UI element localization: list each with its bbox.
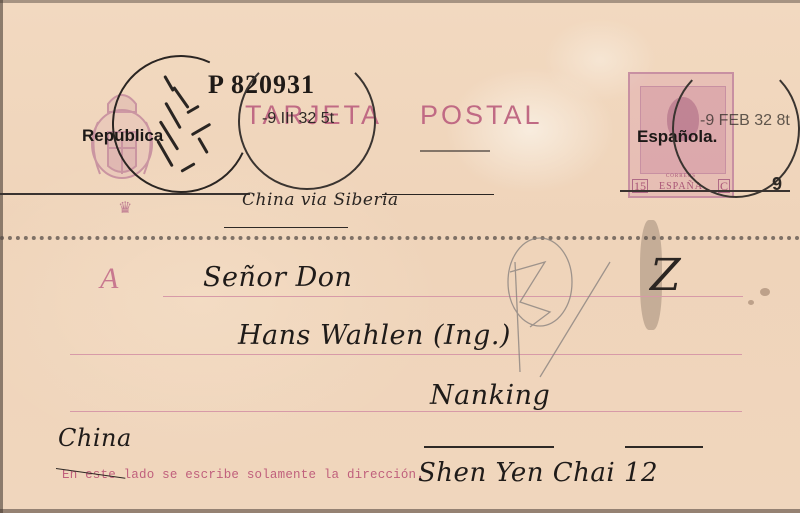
title-word-postal: POSTAL (420, 100, 543, 130)
printed-instruction: En este lado se escribe solamente la dir… (62, 468, 424, 482)
address-prefix: A (100, 262, 119, 296)
recipient-country: China (58, 424, 132, 452)
address-line-3 (70, 411, 742, 412)
ink-line (424, 446, 554, 448)
underline (224, 227, 348, 228)
ink-mark: Z (650, 250, 681, 301)
cancel-line (620, 190, 790, 192)
cancel-line (0, 193, 250, 195)
card-edge-top (0, 0, 800, 3)
overprint-republica: República (82, 126, 163, 146)
routing-note: China via Siberia (242, 190, 399, 210)
stain (760, 288, 770, 296)
postmark-center-date: -9 III 32 5t (262, 110, 334, 128)
recipient-salutation: Señor Don (203, 262, 352, 293)
routing-strike (382, 194, 494, 195)
recipient-name: Hans Wahlen (Ing.) (238, 320, 511, 351)
cancel-line (420, 150, 490, 152)
ink-line (625, 446, 703, 448)
postal-card: ♛ P 820931 TARJETAPOSTAL -9 III 32 5t Re… (0, 0, 800, 513)
pencil-scribble-icon (500, 232, 620, 382)
recipient-city: Nanking (430, 380, 550, 411)
divider-line (0, 236, 800, 240)
recipient-street: Shen Yen Chai 12 (418, 458, 658, 488)
address-line-2 (70, 354, 742, 355)
postmark-right-date: -9 FEB 32 8t (700, 112, 790, 130)
stain (748, 300, 754, 305)
card-edge-bottom (0, 509, 800, 513)
card-edge-left (0, 0, 3, 513)
arms-base-ornament-icon: ♛ (118, 198, 132, 218)
